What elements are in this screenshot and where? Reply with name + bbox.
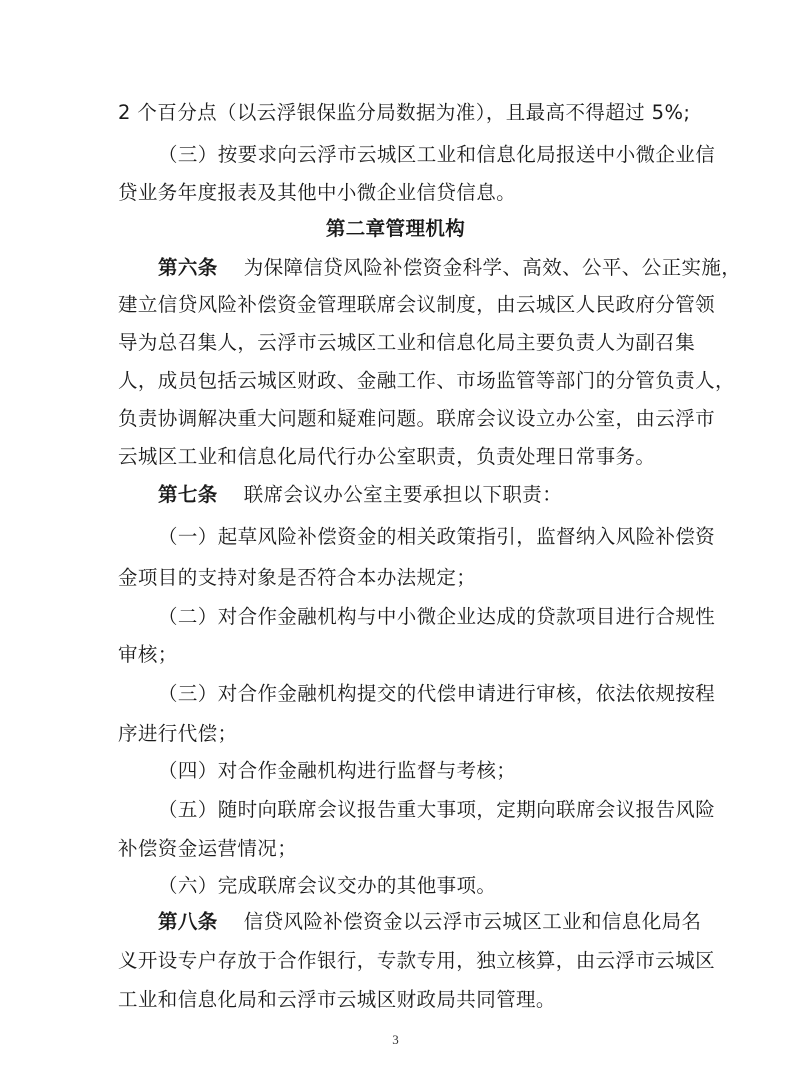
paragraph-line: 义开设专户存放于合作银行，专款专用，独立核算，由云浮市云城区 — [118, 946, 674, 976]
paragraph-line: 工业和信息化局和云浮市云城区财政局共同管理。 — [118, 985, 674, 1015]
paragraph-line: 2 个百分点（以云浮银保监分局数据为准），且最高不得超过 5%; — [118, 98, 674, 128]
chapter-heading: 第二章管理机构 — [0, 214, 791, 244]
paragraph-line: 负责协调解决重大问题和疑难问题。联席会议设立办公室，由云浮市 — [118, 404, 674, 434]
page-number: 3 — [0, 1032, 791, 1048]
paragraph-line: 导为总召集人，云浮市云城区工业和信息化局主要负责人为副召集 — [118, 328, 674, 358]
paragraph-line: 云城区工业和信息化局代行办公室职责，负责处理日常事务。 — [118, 442, 674, 472]
list-item: （五）随时向联席会议报告重大事项，定期向联席会议报告风险 — [158, 795, 674, 825]
article-7-label: 第七条 — [158, 483, 218, 506]
list-item-continuation: 补偿资金运营情况； — [118, 834, 674, 864]
article-8-label: 第八条 — [158, 910, 218, 933]
paragraph-line: （三）按要求向云浮市云城区工业和信息化局报送中小微企业信 — [158, 140, 674, 170]
article-8-first-line: 第八条信贷风险补偿资金以云浮市云城区工业和信息化局名 — [158, 907, 674, 937]
list-item-continuation: 审核； — [118, 640, 674, 670]
article-6-first-line: 第六条为保障信贷风险补偿资金科学、高效、公平、公正实施， — [158, 253, 674, 283]
paragraph-line: 建立信贷风险补偿资金管理联席会议制度，由云城区人民政府分管领 — [118, 290, 674, 320]
article-7-text: 联席会议办公室主要承担以下职责： — [244, 483, 562, 506]
paragraph-line: 人，成员包括云城区财政、金融工作、市场监管等部门的分管负责人， — [118, 366, 674, 396]
list-item: （四）对合作金融机构进行监督与考核； — [158, 756, 674, 786]
article-6-text: 为保障信贷风险补偿资金科学、高效、公平、公正实施， — [244, 256, 742, 279]
paragraph-line: 贷业务年度报表及其他中小微企业信贷信息。 — [118, 178, 674, 208]
article-8-text: 信贷风险补偿资金以云浮市云城区工业和信息化局名 — [244, 910, 702, 933]
list-item: （一）起草风险补偿资金的相关政策指引，监督纳入风险补偿资 — [158, 522, 674, 552]
document-page: 2 个百分点（以云浮银保监分局数据为准），且最高不得超过 5%; （三）按要求向… — [0, 0, 791, 1073]
list-item-continuation: 序进行代偿； — [118, 719, 674, 749]
article-7-first-line: 第七条联席会议办公室主要承担以下职责： — [158, 480, 674, 510]
list-item: （六）完成联席会议交办的其他事项。 — [158, 871, 674, 901]
list-item-continuation: 金项目的支持对象是否符合本办法规定； — [118, 563, 674, 593]
list-item: （二）对合作金融机构与中小微企业达成的贷款项目进行合规性 — [158, 602, 674, 632]
list-item: （三）对合作金融机构提交的代偿申请进行审核，依法依规按程 — [158, 679, 674, 709]
article-6-label: 第六条 — [158, 256, 218, 279]
